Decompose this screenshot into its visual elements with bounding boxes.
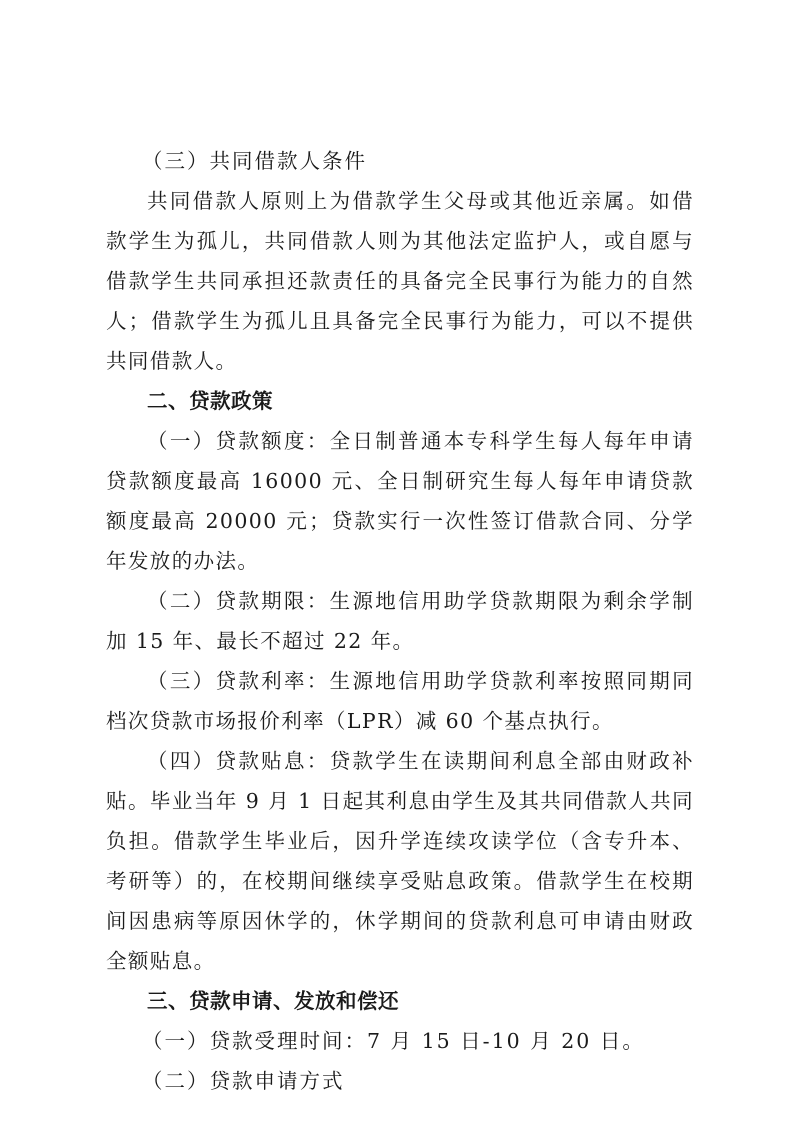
paragraph-co-borrower: 共同借款人原则上为借款学生父母或其他近亲属。如借款学生为孤儿，共同借款人则为其他… bbox=[106, 181, 694, 381]
heading-loan-policy: 二、贷款政策 bbox=[106, 381, 694, 421]
document-page: （三）共同借款人条件 共同借款人原则上为借款学生父母或其他近亲属。如借款学生为孤… bbox=[106, 141, 694, 1101]
paragraph-loan-rate: （三）贷款利率：生源地信用助学贷款利率按照同期同档次贷款市场报价利率（LPR）减… bbox=[106, 661, 694, 741]
subheading-co-borrower: （三）共同借款人条件 bbox=[106, 141, 694, 181]
paragraph-interest-subsidy: （四）贷款贴息：贷款学生在读期间利息全部由财政补贴。毕业当年 9 月 1 日起其… bbox=[106, 741, 694, 981]
paragraph-loan-amount: （一）贷款额度：全日制普通本专科学生每人每年申请贷款额度最高 16000 元、全… bbox=[106, 421, 694, 581]
heading-application: 三、贷款申请、发放和偿还 bbox=[106, 981, 694, 1021]
item-acceptance-time: （一）贷款受理时间：7 月 15 日-10 月 20 日。 bbox=[106, 1021, 694, 1061]
paragraph-loan-term: （二）贷款期限：生源地信用助学贷款期限为剩余学制加 15 年、最长不超过 22 … bbox=[106, 581, 694, 661]
item-application-method: （二）贷款申请方式 bbox=[106, 1061, 694, 1101]
